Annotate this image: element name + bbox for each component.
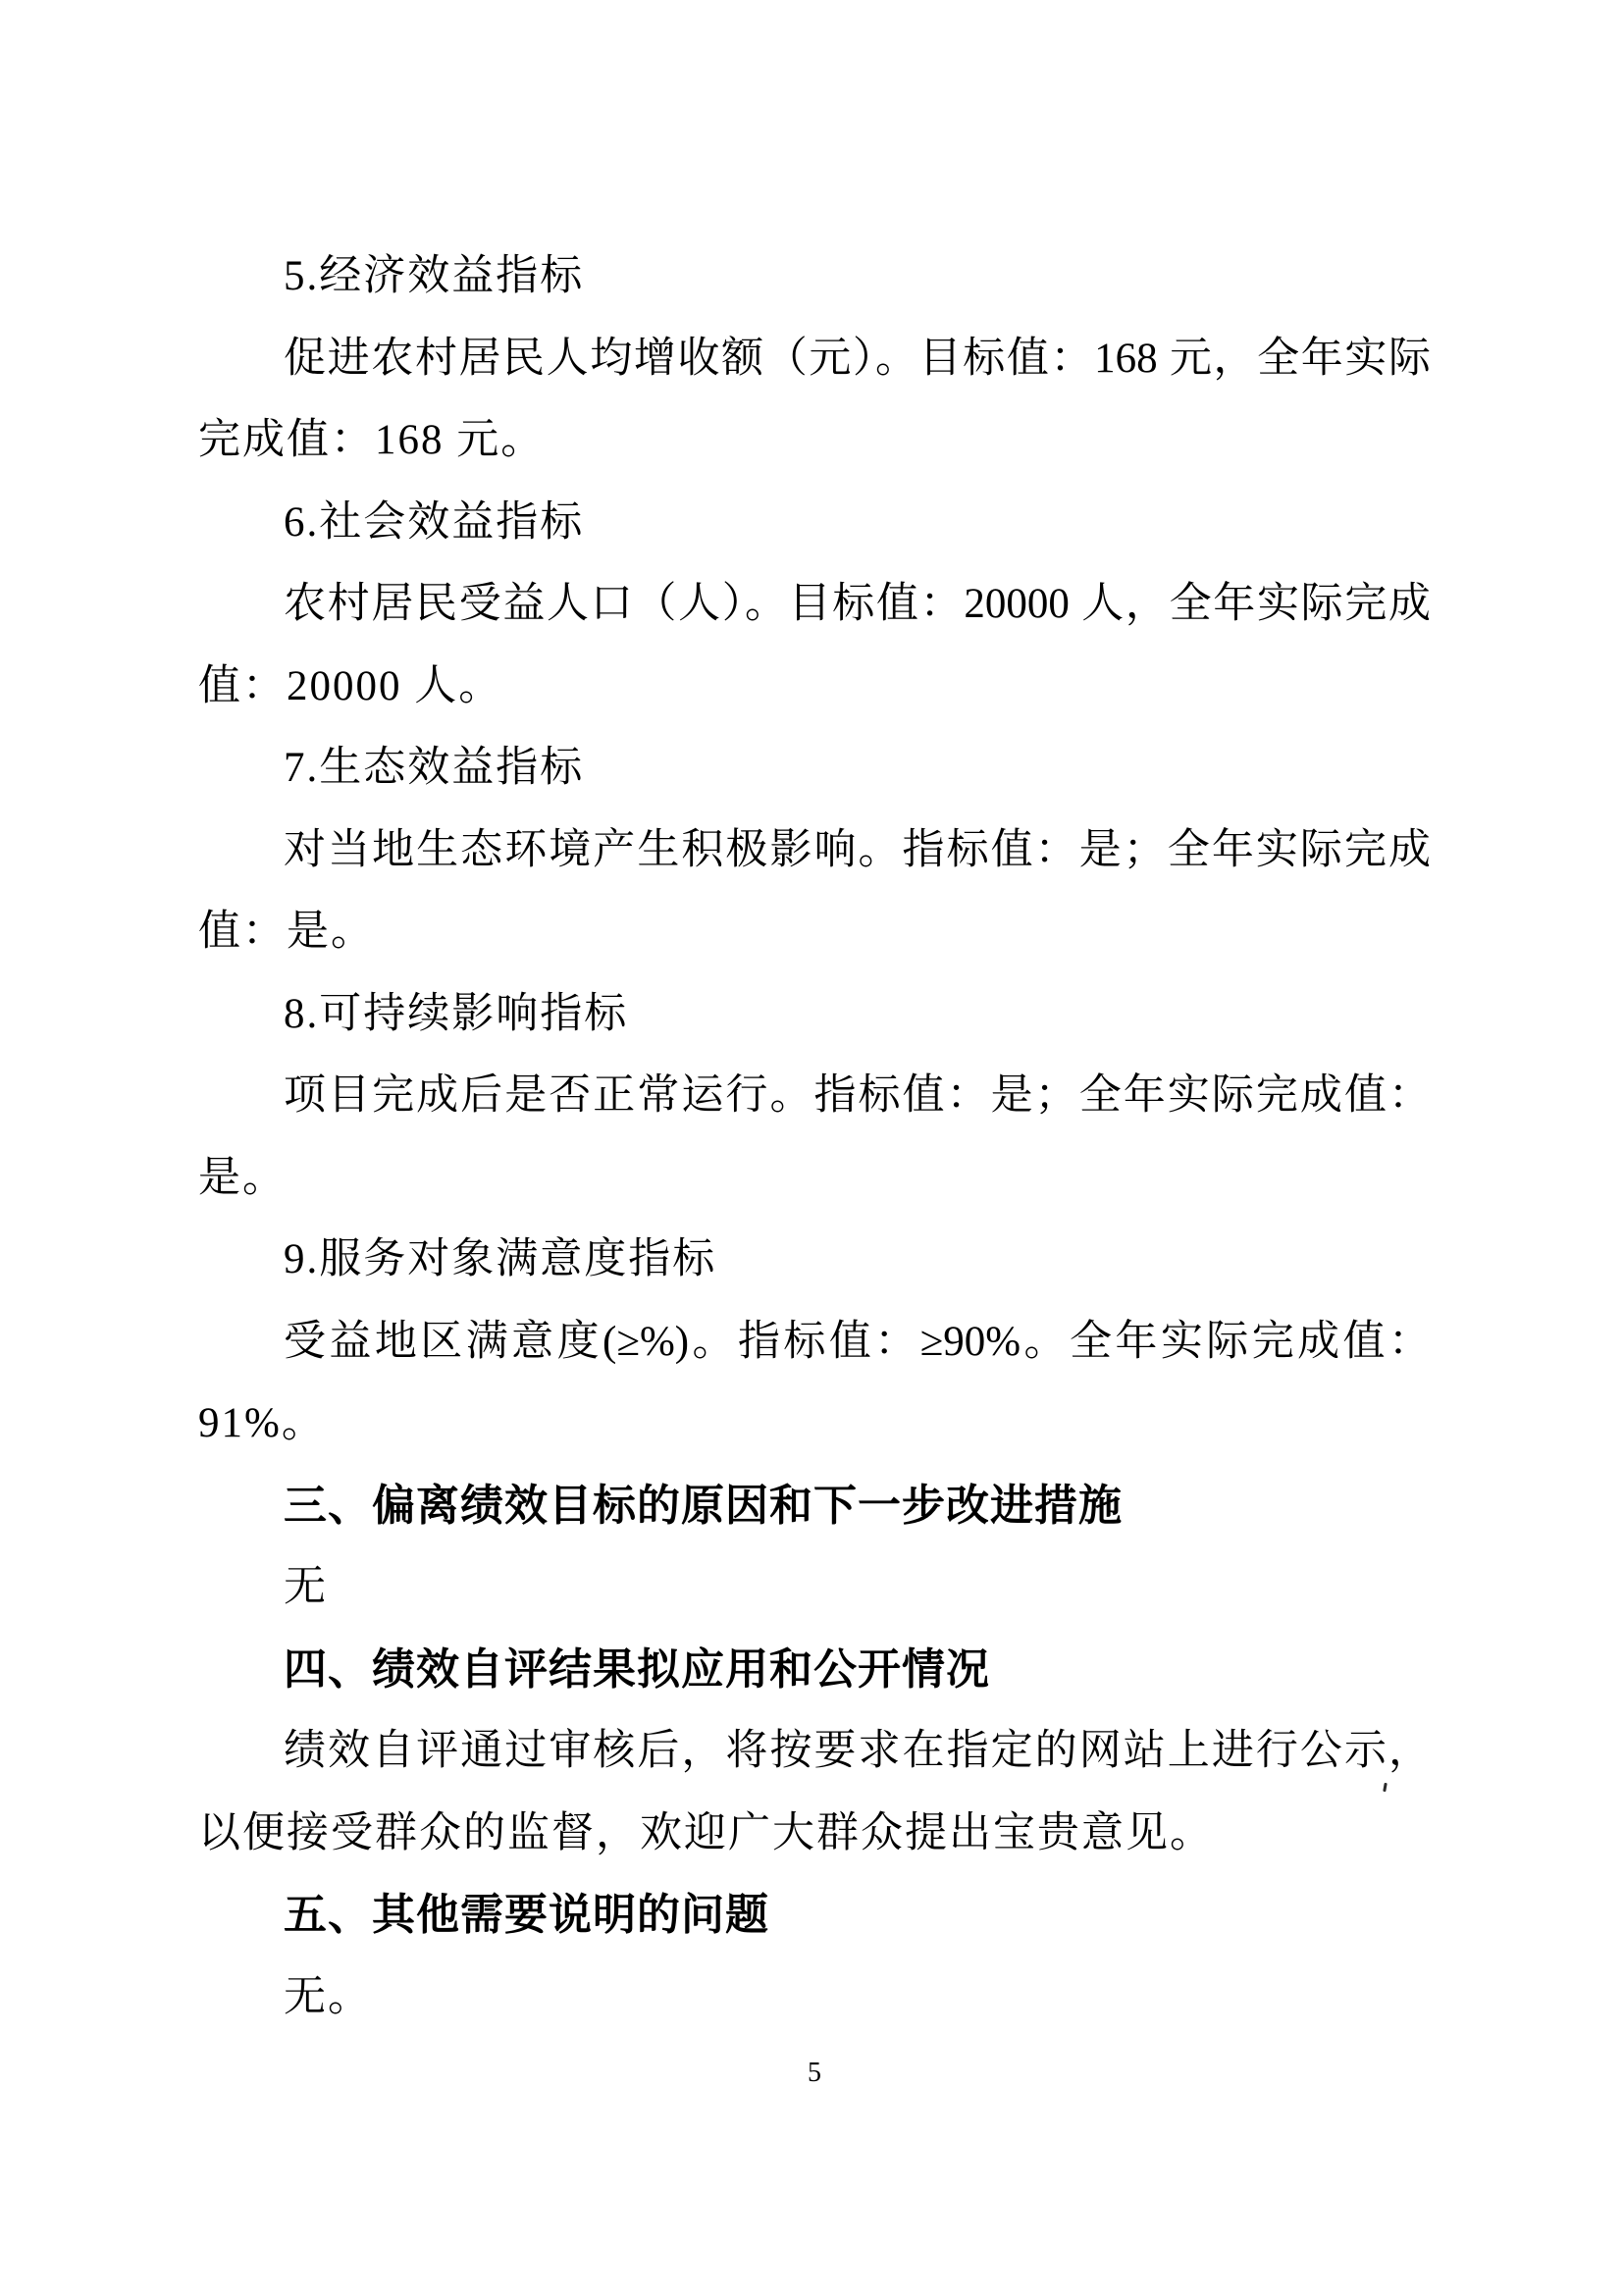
page-number: 5 — [198, 2057, 1431, 2090]
document-page: 5.经济效益指标 促进农村居民人均增收额（元）。目标值：168 元，全年实际 完… — [0, 0, 1623, 2296]
document-body: 5.经济效益指标 促进农村居民人均增收额（元）。目标值：168 元，全年实际 完… — [198, 235, 1431, 2038]
indicator-heading-6-social: 6.社会效益指标 — [198, 482, 1431, 564]
section-heading-4-disclosure: 四、绩效自评结果拟应用和公开情况 — [198, 1629, 1431, 1711]
paragraph-line: 值：20000 人。 — [198, 646, 1431, 728]
paragraph-line: 是。 — [198, 1137, 1431, 1220]
paragraph-line: 无。 — [198, 1957, 1431, 2039]
paragraph-line: 以便接受群众的监督，欢迎广大群众提出宝贵意见。 — [198, 1793, 1431, 1875]
paragraph-line: 无 — [198, 1546, 1431, 1629]
paragraph-line: 农村居民受益人口（人）。目标值：20000 人，全年实际完成 — [198, 563, 1431, 646]
paragraph-line: 受益地区满意度(≥%)。指标值：≥90%。全年实际完成值： — [198, 1301, 1431, 1383]
paragraph-line: 完成值：168 元。 — [198, 399, 1431, 482]
indicator-heading-7-ecological: 7.生态效益指标 — [198, 727, 1431, 809]
paragraph-line: 值：是。 — [198, 891, 1431, 973]
indicator-heading-5-economic: 5.经济效益指标 — [198, 235, 1431, 318]
paragraph-line: 绩效自评通过审核后，将按要求在指定的网站上进行公示， — [198, 1710, 1431, 1793]
indicator-heading-9-satisfaction: 9.服务对象满意度指标 — [198, 1219, 1431, 1301]
paragraph-line: 项目完成后是否正常运行。指标值：是；全年实际完成值： — [198, 1055, 1431, 1137]
section-heading-5-other-issues: 五、其他需要说明的问题 — [198, 1874, 1431, 1957]
section-heading-3-deviation: 三、偏离绩效目标的原因和下一步改进措施 — [198, 1465, 1431, 1547]
paragraph-line: 91%。 — [198, 1383, 1431, 1465]
paragraph-line: 对当地生态环境产生积极影响。指标值：是；全年实际完成 — [198, 809, 1431, 892]
indicator-heading-8-sustainability: 8.可持续影响指标 — [198, 973, 1431, 1056]
paragraph-line: 促进农村居民人均增收额（元）。目标值：168 元，全年实际 — [198, 318, 1431, 400]
